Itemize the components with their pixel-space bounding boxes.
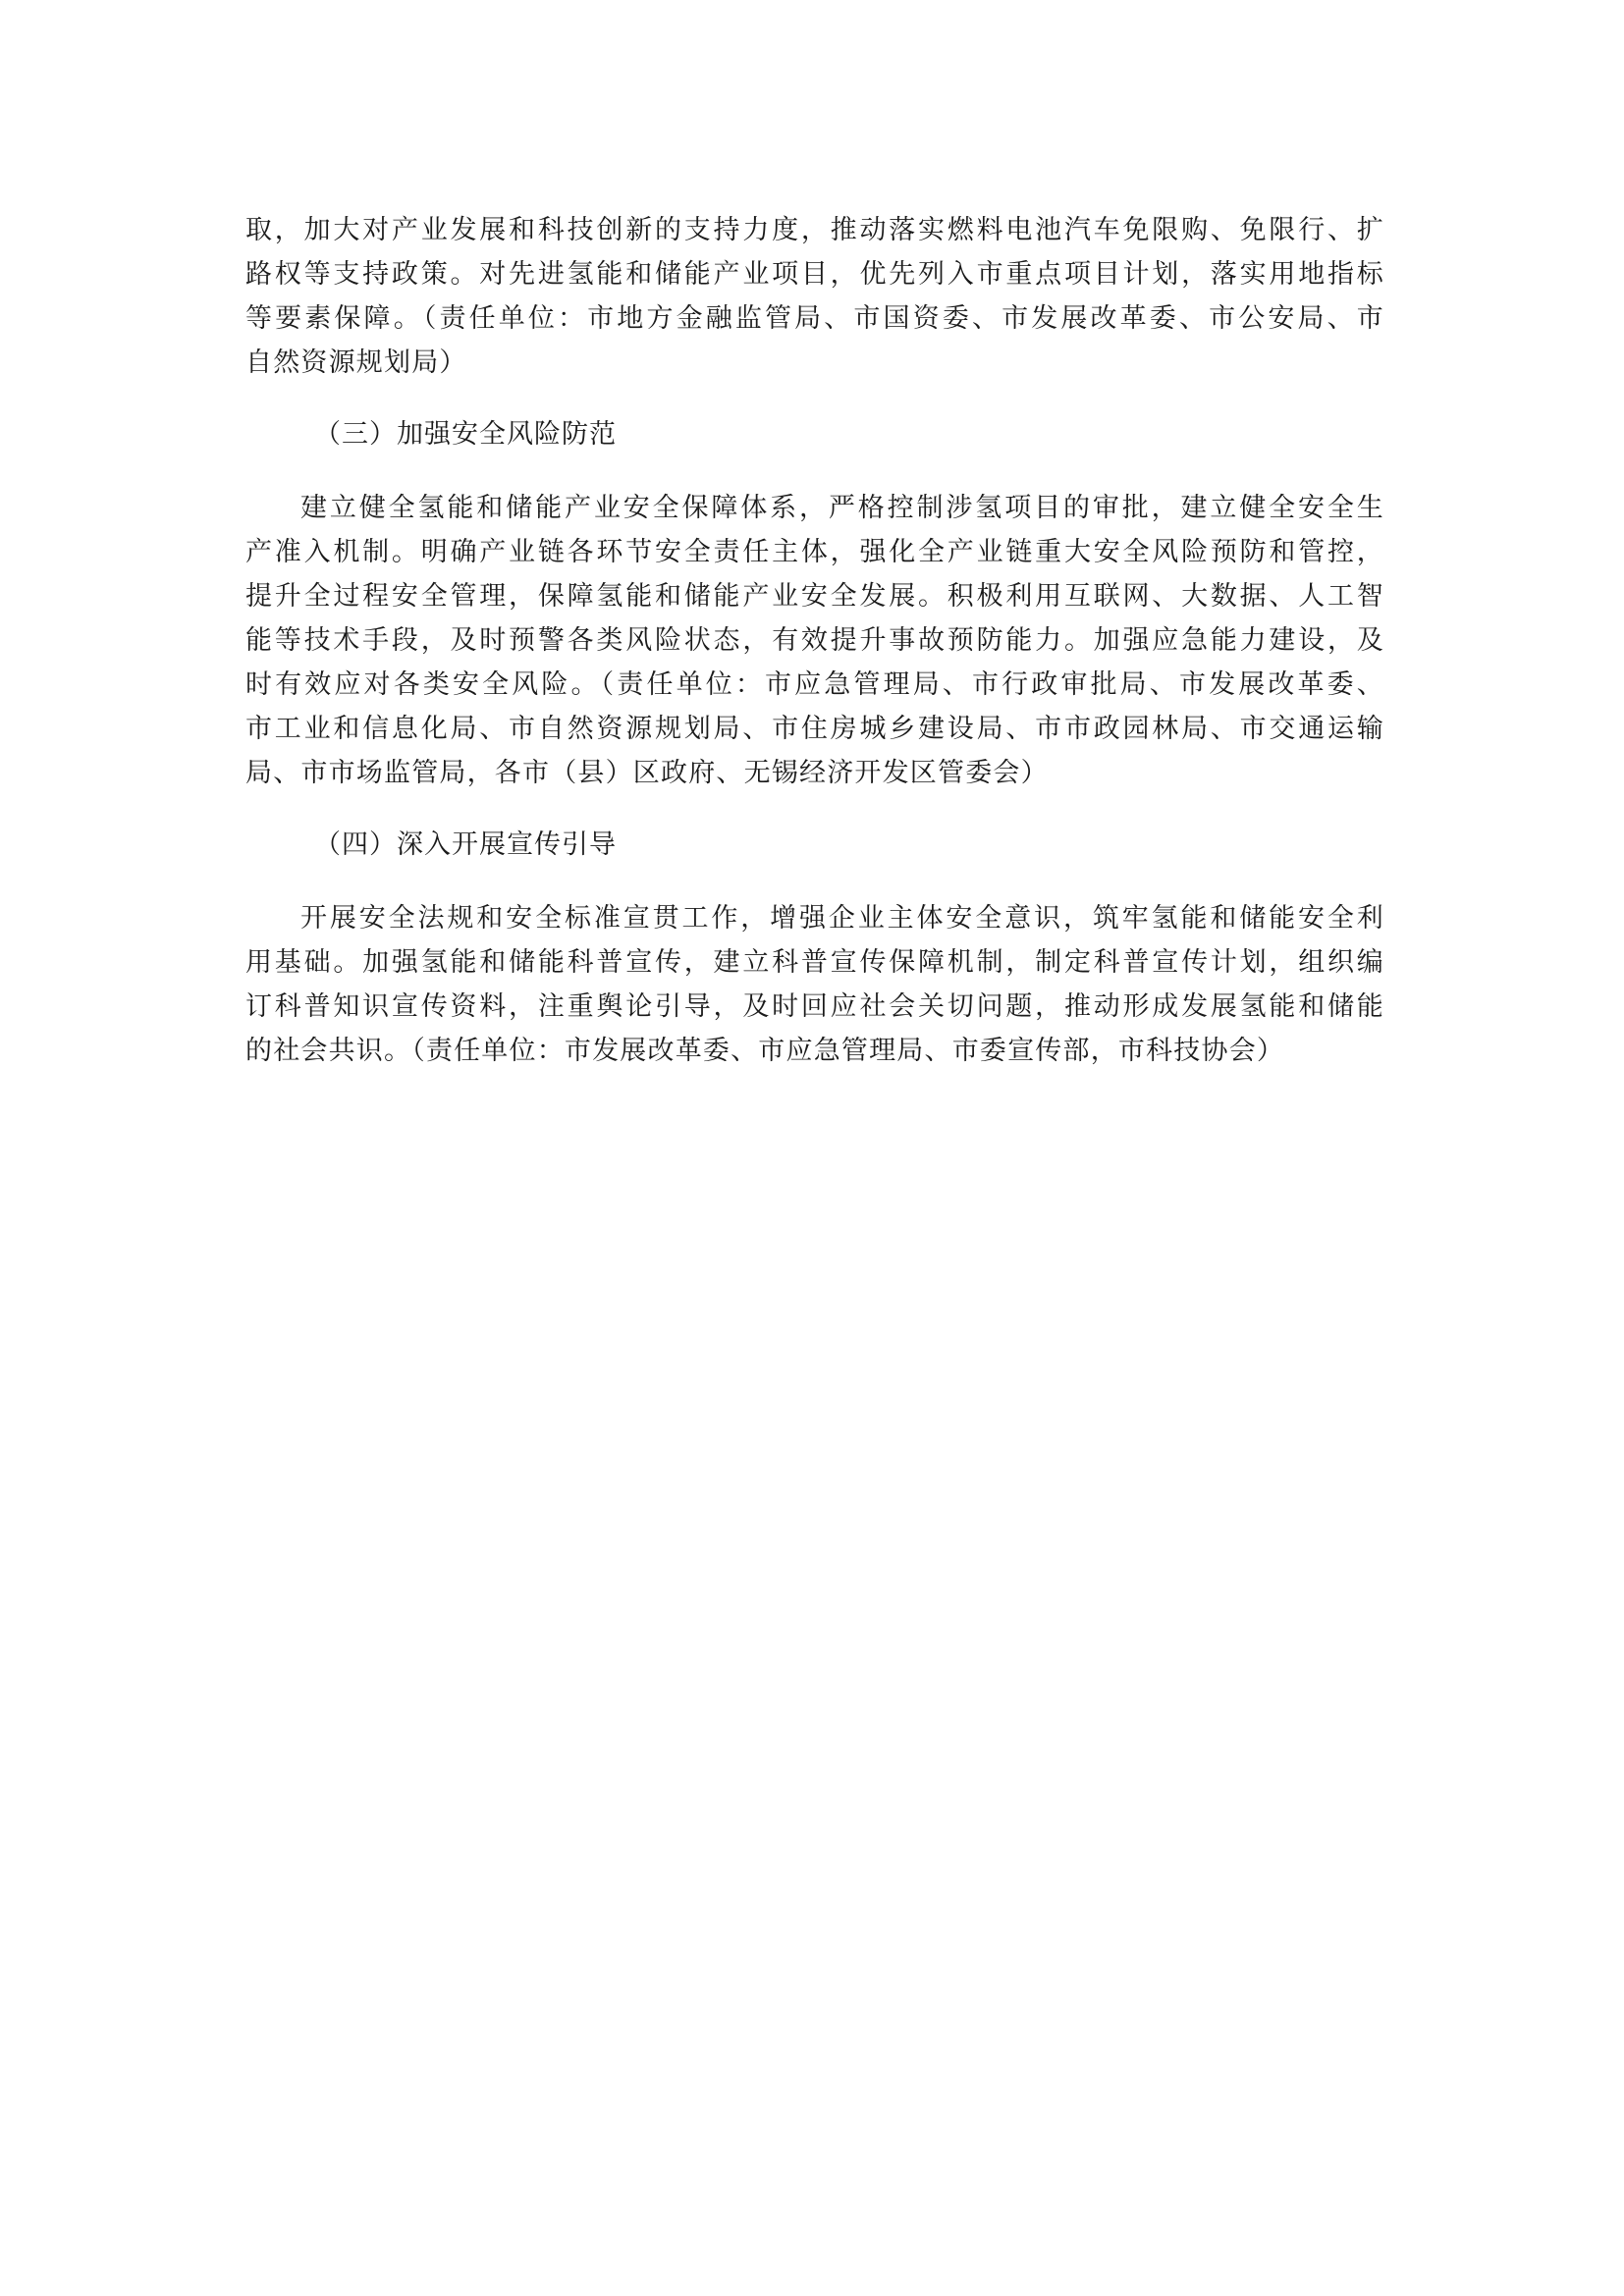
section-paragraph: 建立健全氢能和储能产业安全保障体系，严格控制涉氢项目的审批，建立健全安全生 产准… [245, 486, 1384, 795]
paragraph-line: 自然资源规划局） [245, 341, 1384, 385]
section-safety-risk: （三）加强安全风险防范 建立健全氢能和储能产业安全保障体系，严格控制涉氢项目的审… [245, 412, 1384, 795]
section-heading: （三）加强安全风险防范 [245, 412, 1384, 456]
paragraph-line: 用基础。加强氢能和储能科普宣传，建立科普宣传保障机制，制定科普宣传计划，组织编 [245, 940, 1384, 985]
document-page: 取，加大对产业发展和科技创新的支持力度，推动落实燃料电池汽车免限购、免限行、扩 … [245, 208, 1384, 1073]
paragraph-line: 建立健全氢能和储能产业安全保障体系，严格控制涉氢项目的审批，建立健全安全生 [245, 486, 1384, 530]
paragraph-line: 等要素保障。（责任单位：市地方金融监管局、市国资委、市发展改革委、市公安局、市 [245, 296, 1384, 341]
section-heading: （四）深入开展宣传引导 [245, 823, 1384, 867]
paragraph-line: 市工业和信息化局、市自然资源规划局、市住房城乡建设局、市市政园林局、市交通运输 [245, 707, 1384, 751]
paragraph-line: 提升全过程安全管理，保障氢能和储能产业安全发展。积极利用互联网、大数据、人工智 [245, 574, 1384, 618]
paragraph-line: 取，加大对产业发展和科技创新的支持力度，推动落实燃料电池汽车免限购、免限行、扩 [245, 208, 1384, 252]
paragraph-line: 的社会共识。（责任单位：市发展改革委、市应急管理局、市委宣传部，市科技协会） [245, 1029, 1384, 1073]
paragraph-line: 能等技术手段，及时预警各类风险状态，有效提升事故预防能力。加强应急能力建设，及 [245, 618, 1384, 663]
paragraph-line: 时有效应对各类安全风险。（责任单位：市应急管理局、市行政审批局、市发展改革委、 [245, 663, 1384, 707]
section-paragraph: 开展安全法规和安全标准宣贯工作，增强企业主体安全意识，筑牢氢能和储能安全利 用基… [245, 896, 1384, 1073]
paragraph-line: 开展安全法规和安全标准宣贯工作，增强企业主体安全意识，筑牢氢能和储能安全利 [245, 896, 1384, 940]
paragraph-line: 订科普知识宣传资料，注重舆论引导，及时回应社会关切问题，推动形成发展氢能和储能 [245, 985, 1384, 1029]
paragraph-line: 产准入机制。明确产业链各环节安全责任主体，强化全产业链重大安全风险预防和管控， [245, 530, 1384, 574]
section-publicity-guidance: （四）深入开展宣传引导 开展安全法规和安全标准宣贯工作，增强企业主体安全意识，筑… [245, 823, 1384, 1073]
intro-paragraph: 取，加大对产业发展和科技创新的支持力度，推动落实燃料电池汽车免限购、免限行、扩 … [245, 208, 1384, 385]
paragraph-line: 路权等支持政策。对先进氢能和储能产业项目，优先列入市重点项目计划，落实用地指标 [245, 252, 1384, 296]
paragraph-line: 局、市市场监管局，各市（县）区政府、无锡经济开发区管委会） [245, 751, 1384, 795]
